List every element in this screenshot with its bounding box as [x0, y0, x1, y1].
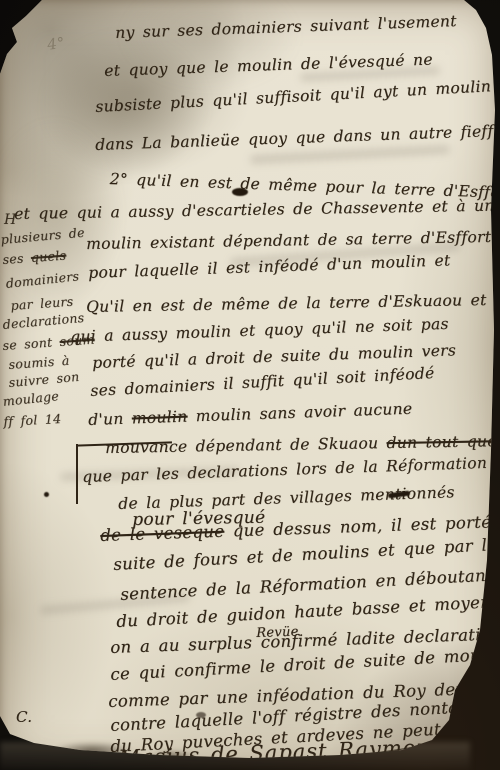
- margin-note: par leurs: [10, 294, 74, 313]
- manuscript-line: ses domainiers il suffit qu'il soit infé…: [90, 366, 435, 400]
- insertion-mark: [76, 444, 78, 504]
- margin-note: ses quels: [2, 248, 67, 267]
- margin-note: domainiers: [5, 268, 80, 291]
- ink-blot: [44, 492, 49, 497]
- line-text: moulin sans avoir aucune: [187, 400, 412, 426]
- struck-text: de le veseque: [100, 522, 225, 545]
- struck-text: quels: [30, 248, 66, 265]
- manuscript-line: et que qui a aussy d'escartieles de Chas…: [14, 199, 495, 223]
- manuscript-line: pour laquelle il est inféodé d'un moulin…: [88, 253, 451, 281]
- line-text: mouvance dépendant de Skuaou: [105, 434, 387, 457]
- margin-letter-mark: C.: [16, 708, 32, 726]
- ink-showthrough: [250, 145, 450, 164]
- manuscript-line: Qu'il en est de même de la terre d'Eskua…: [86, 293, 487, 315]
- photo-background: 4° ny sur ses domainiers suivant l'useme…: [0, 0, 500, 770]
- struck-text: soum: [59, 332, 95, 349]
- margin-note: suivre son: [8, 369, 80, 390]
- manuscript-line: mouvance dépendant de Skuaou dun tout qu…: [105, 434, 497, 456]
- margin-note: se sont soum: [2, 332, 95, 353]
- folio-number: 4°: [46, 34, 66, 54]
- margin-note: ff fol 14: [3, 411, 62, 429]
- ink-blot: [232, 188, 248, 196]
- struck-text: moulin: [131, 408, 187, 428]
- ink-blot: [196, 712, 206, 718]
- line-text: d'un: [88, 409, 132, 429]
- manuscript-line: qui a aussy moulin et quoy qu'il ne soit…: [70, 317, 449, 346]
- margin-note: H: [4, 212, 17, 228]
- margin-note: soumis à: [8, 353, 70, 372]
- manuscript-line: subsiste plus qu'il suffisoit qu'il ayt …: [95, 79, 492, 115]
- note-text: ses: [2, 250, 31, 267]
- manuscript-line: ny sur ses domainiers suivant l'usement: [115, 14, 457, 41]
- note-text: se sont: [2, 334, 60, 353]
- manuscript-line: d'un moulin moulin sans avoir aucune: [88, 402, 413, 429]
- manuscript-line: que par les declarations lors de la Réfo…: [82, 456, 487, 486]
- struck-text: dun tout que: [386, 432, 497, 452]
- margin-note: moulage: [2, 388, 60, 409]
- manuscript-page: 4° ny sur ses domainiers suivant l'useme…: [0, 0, 500, 770]
